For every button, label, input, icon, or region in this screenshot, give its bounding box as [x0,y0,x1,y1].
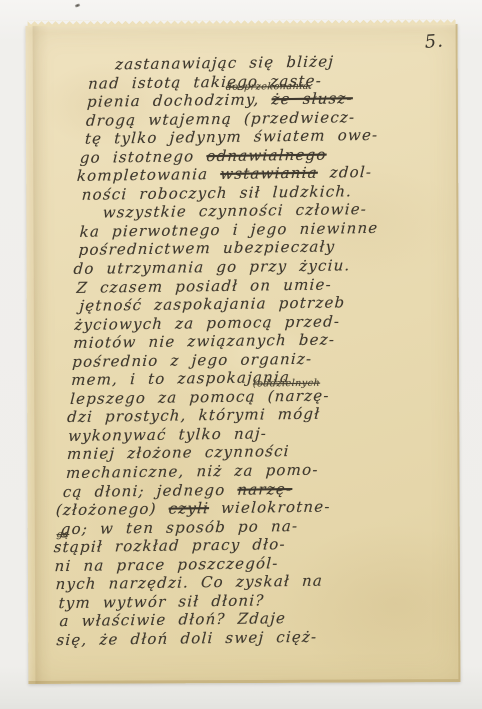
handwriting-segment: pienia dochodzimy, [87,90,273,110]
manuscript-line: się, że dłoń doli swej cięż- [56,626,409,649]
insertion-note: do przekonania [226,82,310,92]
handwriting-segment: (złożonego) [55,500,169,519]
handwriting-segment: a właściwie dłoń? Zdaje [59,610,287,631]
handwriting-segment: że słusz- [271,89,353,108]
paper-crease [33,26,52,684]
handwritten-text: zastanawiając się bliżejnad istotą takie… [56,51,442,650]
handwriting-segment: się, że dłoń doli swej cięż- [56,628,318,649]
handwriting-segment: zastanawiając się bliżej [115,52,335,73]
insertion-note: gą [56,530,69,539]
insertion-note: (oddzielnych [253,379,321,389]
handwriting-segment: go istotnego [79,147,207,167]
handwriting-segment: stąpił rozkład pracy dło- [53,535,286,556]
handwriting-segment: czyli [168,499,209,518]
scanned-page: 5. zastanawiając się bliżejnad istotą ta… [0,0,482,709]
page-number: 5. [424,30,445,52]
handwriting-segment: pośrednio z jego organiz- [72,350,313,371]
handwriting-segment: ni na prace poszczegól- [54,554,279,575]
torn-edge [28,19,456,27]
handwriting-segment: narzę- [237,480,293,499]
handwriting-segment: wykonywać tylko naj- [68,424,268,445]
handwriting-segment: kompletowania [76,165,220,185]
handwriting-segment: wielokrotne- [209,498,332,518]
handwriting-segment: odnawialnego [206,145,327,165]
handwriting-segment: cą dłoni; jednego [62,480,238,500]
handwriting-segment: go; w ten sposób po na- [60,517,299,538]
manuscript-paper: 5. zastanawiając się bliżejnad istotą ta… [26,24,461,684]
handwriting-segment: mniej złożone czynności [67,443,291,464]
scan-speck [75,3,81,8]
handwriting-segment: tym wytwór sił dłoni? [58,591,265,612]
handwriting-segment: zdol- [317,163,372,182]
handwriting-segment: wstawiania [220,164,319,183]
